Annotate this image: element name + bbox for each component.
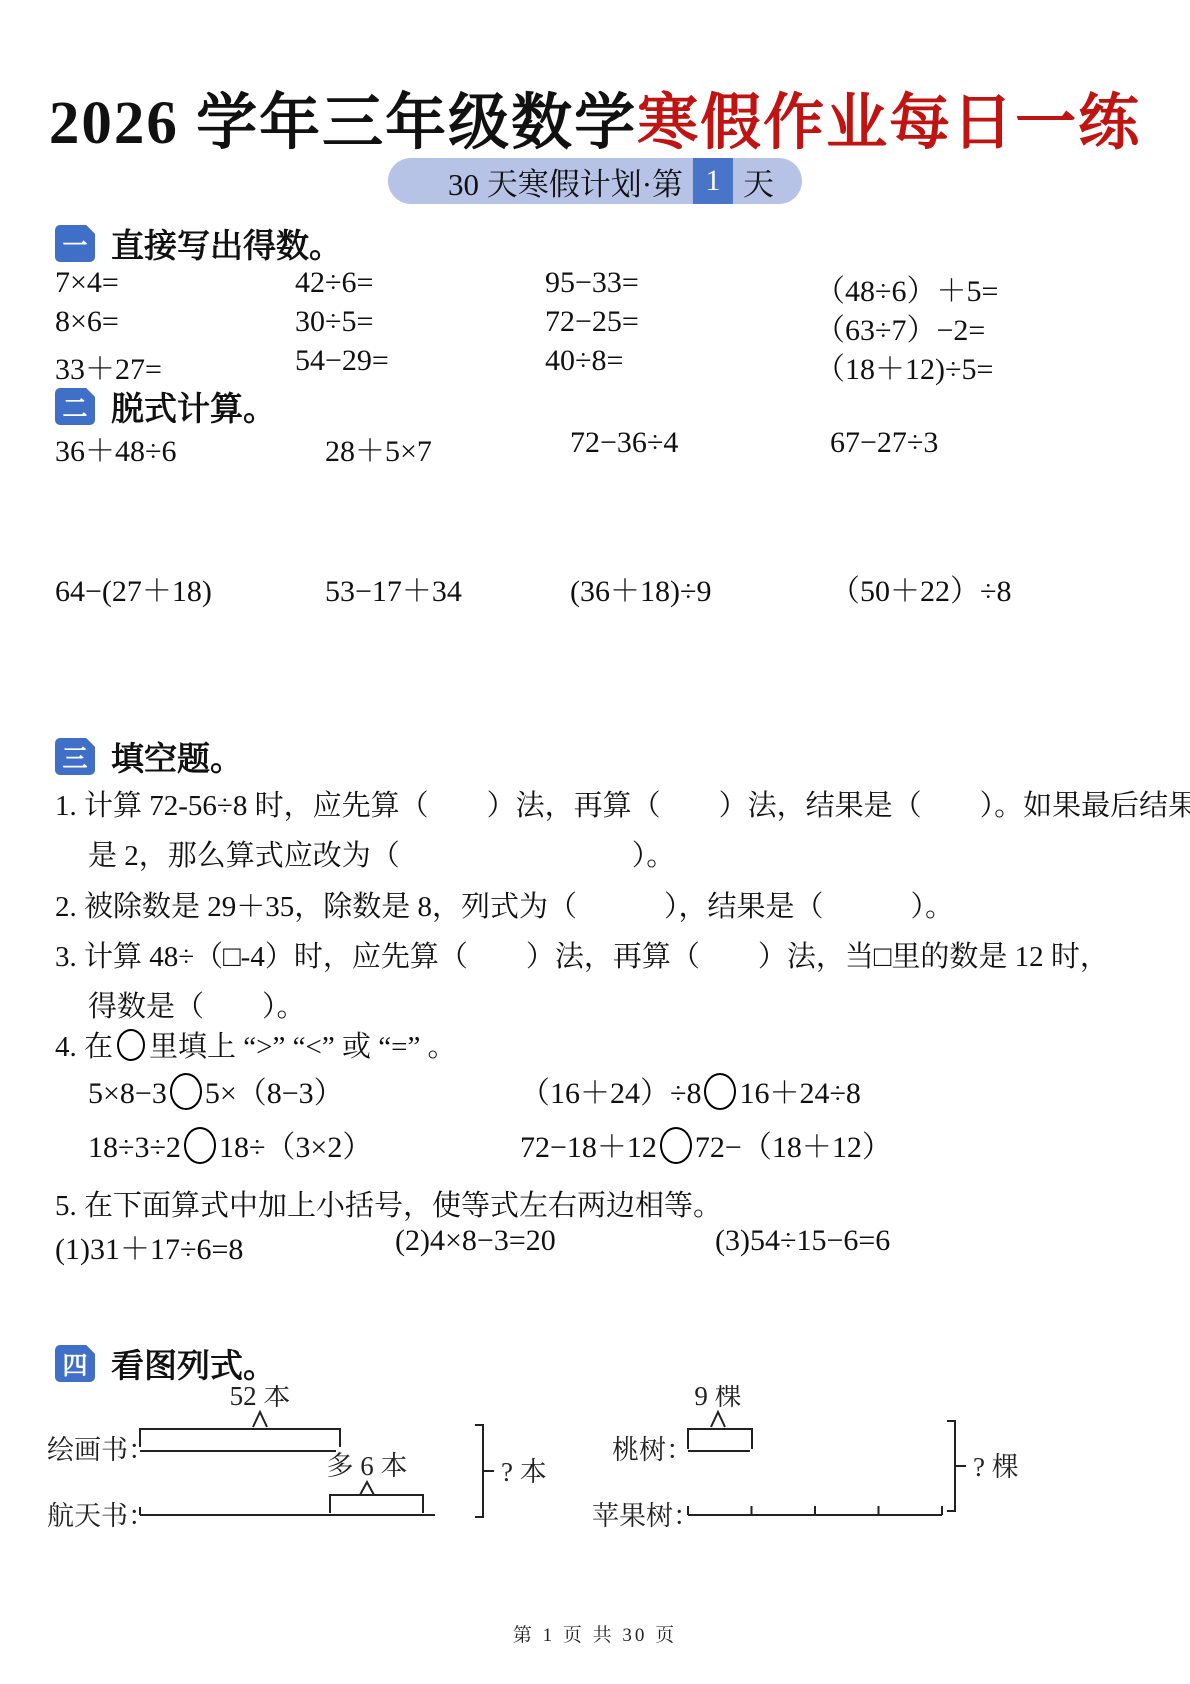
oral-row-1: 7×4= 42÷6= 95−33= （48÷6）＋5= — [55, 266, 1145, 310]
fill-item-3-line-1: 3. 计算 48÷（□-4）时，应先算（ ）法，再算（ ）法，当□里的数是 12… — [55, 934, 1109, 975]
brace-tip-icon — [253, 1412, 267, 1427]
compare-right: 16＋24÷8 — [739, 1077, 860, 1110]
extra-books-label: 多 6 本 — [327, 1451, 408, 1481]
fill-item-4-suffix: 里填上 “>” “<” 或 “=” 。 — [149, 1031, 457, 1063]
section-4-title: 看图列式。 — [111, 1340, 276, 1387]
worksheet-page: 2026 学年三年级数学寒假作业每日一练 30 天寒假计划·第 1 天 一 直接… — [0, 0, 1190, 1684]
page-title-red: 寒假作业每日一练 — [637, 90, 1141, 157]
equation: 54−29= — [295, 344, 545, 388]
equation: 72−36÷4 — [570, 426, 830, 470]
section-3-header: 三 填空题。 — [55, 733, 243, 780]
compare-left: （16＋24）÷8 — [520, 1077, 701, 1110]
compare-circle-icon — [660, 1127, 692, 1164]
compare-circle-icon — [704, 1073, 736, 1110]
fill-item-4: 4. 在里填上 “>” “<” 或 “=” 。 — [55, 1024, 457, 1065]
fill-item-2: 2. 被除数是 29＋35，除数是 8，列式为（ ），结果是（ ）。 — [55, 884, 954, 925]
equation: （18＋12)÷5= — [815, 344, 1145, 388]
day-banner: 30 天寒假计划·第 1 天 — [388, 158, 802, 204]
equation: 33＋27= — [55, 344, 295, 388]
painting-books-label: 绘画书： — [47, 1435, 155, 1465]
books-tape-diagram: 52 本 绘画书： 多 6 本 航天书： ? 本 — [45, 1385, 565, 1540]
equation: （50＋22）÷8 — [830, 566, 1145, 610]
compare-left: 72−18＋12 — [520, 1131, 657, 1164]
compare-pair-a: 5×8−35×（8−3） — [88, 1068, 520, 1112]
compare-pair-b: （16＋24）÷816＋24÷8 — [520, 1068, 1148, 1112]
equation: (3)54÷15−6=6 — [715, 1224, 1145, 1268]
compare-circle-icon — [184, 1127, 216, 1164]
section-3-badge-icon: 三 — [55, 738, 95, 775]
fill-item-1-line-1: 1. 计算 72-56÷8 时，应先算（ ）法，再算（ ）法，结果是（ ）。如果… — [55, 783, 1190, 824]
space-books-label: 航天书： — [47, 1501, 155, 1531]
books-top-count-label: 52 本 — [230, 1385, 291, 1411]
brace-tip-icon — [360, 1482, 374, 1495]
total-bracket — [475, 1425, 494, 1517]
stepcalc-row-1: 36＋48÷6 28＋5×7 72−36÷4 67−27÷3 — [55, 426, 1145, 470]
equation: 64−(27＋18) — [55, 566, 325, 610]
day-banner-prefix: 30 天寒假计划·第 — [448, 158, 683, 204]
oral-row-2: 8×6= 30÷5= 72−25= （63÷7）−2= — [55, 305, 1145, 349]
equation: （63÷7）−2= — [815, 305, 1145, 349]
trees-tape-diagram: 9 棵 桃树： 苹果树： ? 棵 — [590, 1385, 1150, 1540]
fill-item-5: 5. 在下面算式中加上小括号，使等式左右两边相等。 — [55, 1183, 722, 1224]
equation: 95−33= — [545, 266, 815, 310]
books-question-label: ? 本 — [501, 1457, 547, 1487]
section-1-title: 直接写出得数。 — [111, 220, 342, 267]
space-books-baseline — [140, 1507, 435, 1515]
apple-tree-label: 苹果树： — [592, 1501, 700, 1531]
section-3-title: 填空题。 — [111, 733, 243, 780]
peach-tree-label: 桃树： — [612, 1435, 693, 1465]
peach-count-label: 9 棵 — [694, 1385, 741, 1411]
stepcalc-row-2: 64−(27＋18) 53−17＋34 (36＋18)÷9 （50＋22）÷8 — [55, 566, 1145, 610]
equation: 36＋48÷6 — [55, 426, 325, 470]
peach-tree-bar — [688, 1429, 752, 1449]
compare-right: 18÷（3×2） — [219, 1131, 372, 1164]
painting-books-bar — [140, 1429, 340, 1447]
trees-question-label: ? 棵 — [973, 1452, 1019, 1482]
equation: 30÷5= — [295, 305, 545, 349]
fill-item-1-line-2: 是 2，那么算式应改为（ ）。 — [88, 833, 675, 874]
oral-row-3: 33＋27= 54−29= 40÷8= （18＋12)÷5= — [55, 344, 1145, 388]
equation: 8×6= — [55, 305, 295, 349]
equation: (1)31＋17÷6=8 — [55, 1224, 395, 1268]
compare-row-1: 5×8−35×（8−3） （16＋24）÷816＋24÷8 — [88, 1068, 1148, 1112]
section-4-header: 四 看图列式。 — [55, 1340, 276, 1387]
section-1-badge-icon: 一 — [55, 225, 95, 262]
page-title: 2026 学年三年级数学寒假作业每日一练 — [0, 74, 1190, 161]
equation: 53−17＋34 — [325, 566, 570, 610]
equation: 72−25= — [545, 305, 815, 349]
total-bracket — [947, 1421, 966, 1511]
compare-circle-icon — [170, 1073, 202, 1110]
day-banner-suffix: 天 — [743, 158, 774, 204]
compare-circle-icon — [117, 1029, 145, 1061]
apple-tree-segmented-line — [688, 1506, 942, 1515]
compare-left: 18÷3÷2 — [88, 1131, 181, 1164]
fill-item-4-prefix: 4. 在 — [55, 1031, 113, 1063]
brace-tip-icon — [711, 1412, 725, 1427]
compare-right: 72−（18＋12） — [695, 1131, 892, 1164]
equation: (36＋18)÷9 — [570, 566, 830, 610]
fill-item-3-line-2: 得数是（ ）。 — [88, 984, 306, 1025]
section-2-header: 二 脱式计算。 — [55, 383, 276, 430]
page-title-black: 2026 学年三年级数学 — [49, 90, 637, 157]
day-number-badge: 1 — [693, 158, 733, 204]
compare-pair-d: 72−18＋1272−（18＋12） — [520, 1122, 1148, 1166]
compare-left: 5×8−3 — [88, 1077, 167, 1110]
equation: （48÷6）＋5= — [815, 266, 1145, 310]
equation: (2)4×8−3=20 — [395, 1224, 715, 1268]
section-2-badge-icon: 二 — [55, 388, 95, 425]
compare-row-2: 18÷3÷218÷（3×2） 72−18＋1272−（18＋12） — [88, 1122, 1148, 1166]
section-2-title: 脱式计算。 — [111, 383, 276, 430]
compare-pair-c: 18÷3÷218÷（3×2） — [88, 1122, 520, 1166]
equation: 28＋5×7 — [325, 426, 570, 470]
equation: 7×4= — [55, 266, 295, 310]
equation: 40÷8= — [545, 344, 815, 388]
equation: 67−27÷3 — [830, 426, 1145, 470]
equation: 42÷6= — [295, 266, 545, 310]
page-number-footer: 第 1 页 共 30 页 — [0, 1620, 1190, 1647]
section-1-header: 一 直接写出得数。 — [55, 220, 342, 267]
compare-right: 5×（8−3） — [205, 1077, 344, 1110]
extra-books-bar — [330, 1495, 423, 1513]
paren-equations-row: (1)31＋17÷6=8 (2)4×8−3=20 (3)54÷15−6=6 — [55, 1224, 1145, 1268]
section-4-badge-icon: 四 — [55, 1345, 95, 1382]
